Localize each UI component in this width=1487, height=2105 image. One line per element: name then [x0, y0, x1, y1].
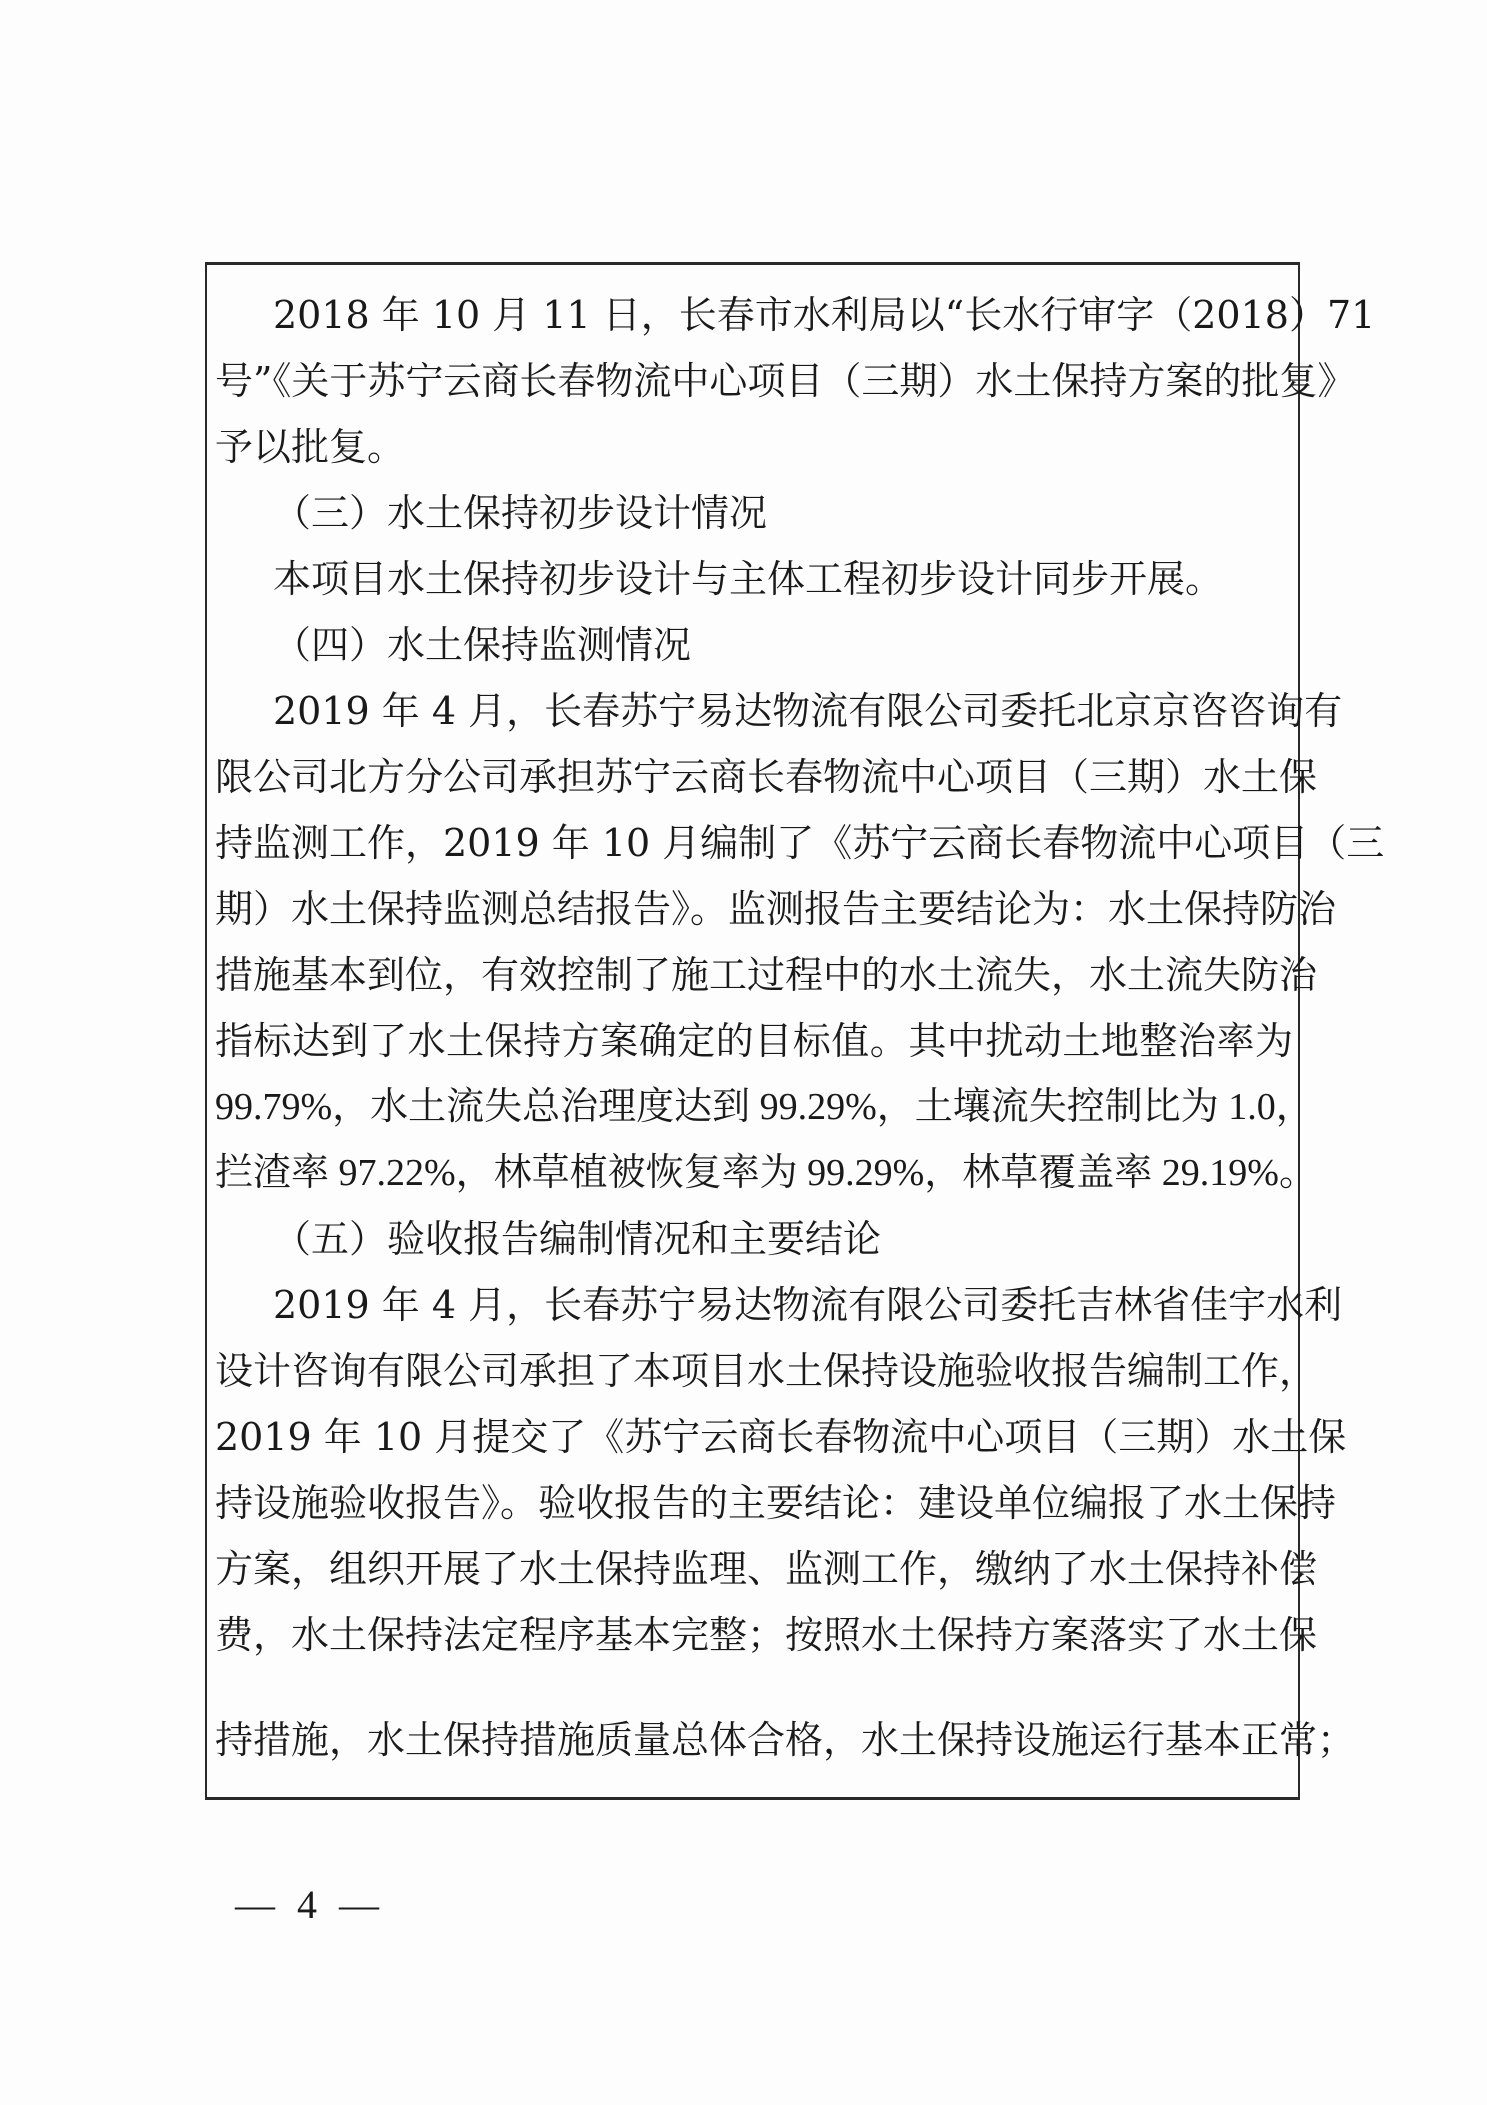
paragraph-monitoring-line-4: 期）水土保持监测总结报告》。监测报告主要结论为：水土保持防治: [215, 879, 1293, 939]
paragraph-acceptance-line-4: 持设施验收报告》。验收报告的主要结论：建设单位编报了水土保持: [215, 1473, 1293, 1533]
paragraph-approval-line-2: 号”《关于苏宁云商长春物流中心项目（三期）水土保持方案的批复》: [215, 351, 1293, 411]
paragraph-monitoring-line-6: 指标达到了水土保持方案确定的目标值。其中扰动土地整治率为: [215, 1011, 1293, 1071]
paragraph-acceptance-line-7: 持措施，水土保持措施质量总体合格，水土保持设施运行基本正常；: [215, 1710, 1293, 1770]
paragraph-monitoring-line-7: 99.79%，水土流失总治理度达到 99.29%，土壤流失控制比为 1.0，: [215, 1077, 1293, 1137]
paragraph-acceptance-line-2: 设计咨询有限公司承担了本项目水土保持设施验收报告编制工作，: [215, 1341, 1293, 1401]
paragraph-monitoring-line-5: 措施基本到位，有效控制了施工过程中的水土流失，水土流失防治: [215, 945, 1293, 1005]
paragraph-acceptance-line-3: 2019 年 10 月提交了《苏宁云商长春物流中心项目（三期）水土保: [215, 1407, 1293, 1467]
paragraph-monitoring-line-8: 拦渣率 97.22%，林草植被恢复率为 99.29%，林草覆盖率 29.19%。: [215, 1143, 1293, 1203]
paragraph-acceptance-line-5: 方案，组织开展了水土保持监理、监测工作，缴纳了水土保持补偿: [215, 1539, 1293, 1599]
paragraph-approval-line-3: 予以批复。: [215, 417, 1293, 477]
paragraph-acceptance-line-6: 费，水土保持法定程序基本完整；按照水土保持方案落实了水土保: [215, 1605, 1293, 1665]
section-heading-monitoring: （四）水土保持监测情况: [215, 615, 1351, 675]
paragraph-acceptance-line-1: 2019 年 4 月，长春苏宁易达物流有限公司委托吉林省佳宇水利: [215, 1275, 1293, 1335]
section-heading-preliminary-design: （三）水土保持初步设计情况: [215, 483, 1351, 543]
paragraph-approval-line-1: 2018 年 10 月 11 日，长春市水利局以“长水行审字（2018）71: [215, 285, 1293, 345]
paragraph-monitoring-line-1: 2019 年 4 月，长春苏宁易达物流有限公司委托北京京咨咨询有: [215, 681, 1293, 741]
section-heading-acceptance-report: （五）验收报告编制情况和主要结论: [215, 1209, 1351, 1269]
paragraph-monitoring-line-2: 限公司北方分公司承担苏宁云商长春物流中心项目（三期）水土保: [215, 747, 1293, 807]
page-number: — 4 —: [235, 1880, 385, 1930]
paragraph-preliminary-design: 本项目水土保持初步设计与主体工程初步设计同步开展。: [215, 549, 1351, 609]
paragraph-monitoring-line-3: 持监测工作，2019 年 10 月编制了《苏宁云商长春物流中心项目（三: [215, 813, 1293, 873]
